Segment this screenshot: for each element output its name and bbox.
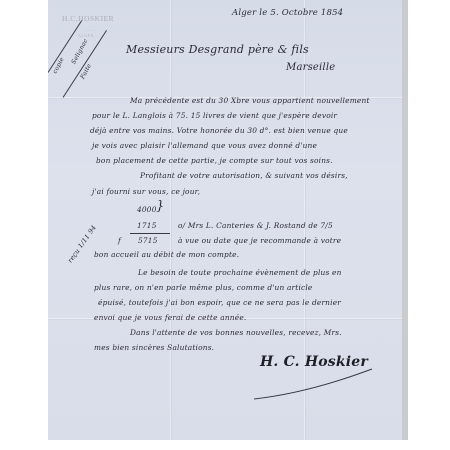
body-line: Dans l'attente de vos bonnes nouvelles, … [130,328,342,337]
body-line: envoi que je vous ferai de cette année. [94,313,246,322]
fold-crease-vertical [170,0,172,440]
body-line: plus rare, on n'en parle même plus, comm… [94,283,313,292]
amount-second: 1715 [137,221,157,230]
accounts-closing-line: bon accueil au débit de mon compte. [94,250,239,259]
margin-note-faite: Faite [79,63,93,81]
scan-edge-strip [402,0,408,440]
letterhead-subline: ALGER, ... [78,33,101,38]
sum-rule [130,233,170,234]
body-line: Profitant de votre autorisation, & suiva… [140,171,348,180]
letter-paper: H.C.HOSKIER .......... ALGER, ... copie … [48,0,403,440]
amount-first: 4000 [137,205,157,214]
amount-second-detail: o/ Mrs L. Canteries & J. Rostand de 7/5 [178,221,333,230]
amount-total: 5715 [138,236,158,245]
body-line: Le besoin de toute prochaine évènement d… [138,268,342,277]
body-line: j'ai fourni sur vous, ce jour, [92,187,200,196]
body-line: mes bien sincères Salutations. [94,343,214,352]
amount-bracket: } [156,199,164,214]
dateline: Alger le 5. Octobre 1854 [232,8,343,18]
addressee-city: Marseille [286,62,335,73]
signature-flourish [248,365,378,405]
addressee-name: Messieurs Desgrand père & fils [126,43,309,56]
letterhead-subline: .......... [84,27,99,32]
letterhead-stamp: H.C.HOSKIER [62,14,114,23]
body-line: pour le L. Langlois à 75. 15 livres de v… [92,111,337,120]
total-currency: f [118,236,121,245]
body-line: déjà entre vos mains. Votre honorée du 3… [90,126,348,135]
amount-total-detail: à vue ou date que je recommande à votre [178,236,341,245]
body-line: Ma précédente est du 30 Xbre vous appart… [130,96,370,105]
body-line: bon placement de cette partie, je compte… [96,156,333,165]
body-line: je vois avec plaisir l'allemand que vous… [92,141,317,150]
margin-note-copie: copie [51,56,65,75]
body-line: épuisé, toutefois j'ai bon espoir, que c… [98,298,341,307]
